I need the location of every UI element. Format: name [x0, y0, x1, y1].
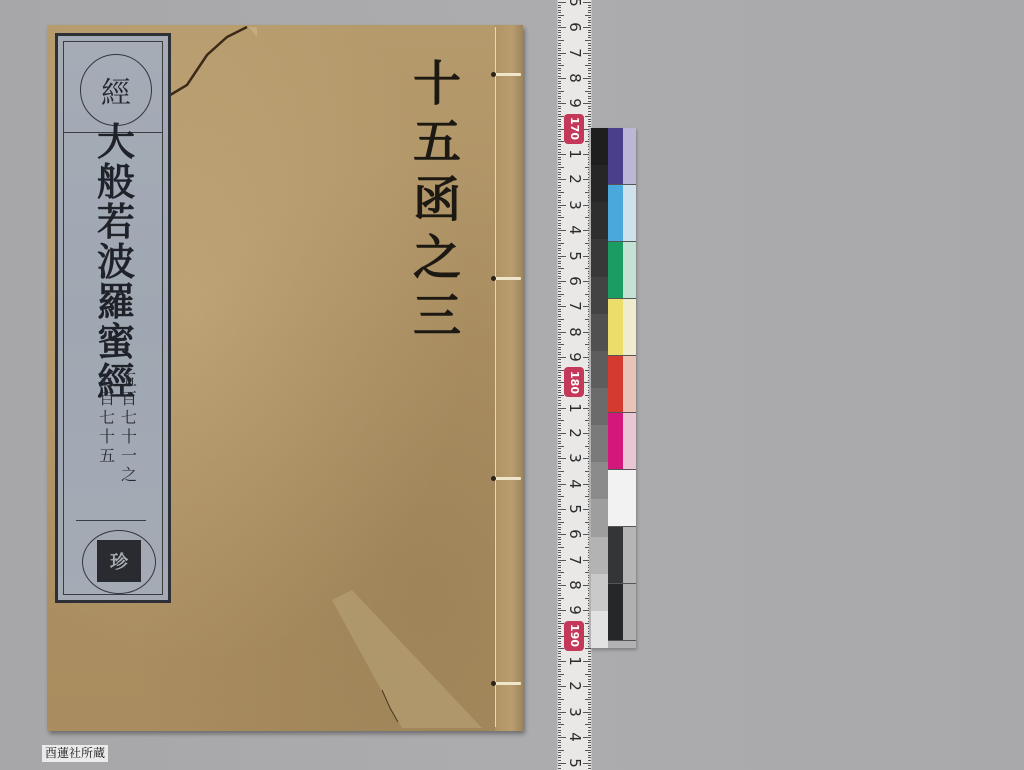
ruler-digit: 5 — [566, 247, 584, 265]
ruler-tick — [558, 752, 561, 753]
ruler-tick — [558, 410, 561, 411]
ruler-tick — [558, 68, 561, 69]
ruler-tick — [588, 689, 591, 690]
ruler-tick — [585, 750, 591, 751]
volume-char: 五 — [98, 370, 116, 389]
ruler-tick — [558, 88, 561, 89]
ruler-tick — [558, 291, 561, 292]
ruler-tick — [558, 134, 561, 135]
ruler-tick — [558, 55, 561, 56]
volume-char: 一 — [120, 446, 138, 465]
ruler-tick — [588, 101, 591, 102]
ruler-tick — [558, 121, 561, 122]
ruler-digit: 9 — [566, 348, 584, 366]
ruler-tick — [558, 443, 561, 444]
color-swatch — [623, 470, 636, 527]
ruler-tick — [558, 441, 561, 442]
ruler-tick — [558, 666, 561, 667]
handwritten-char: 之 — [402, 229, 472, 287]
tint-color-strip — [623, 128, 636, 641]
ruler-tick — [558, 45, 561, 46]
ruler-tick — [588, 93, 591, 94]
ruler-tick — [558, 742, 561, 743]
ruler-tick — [558, 595, 561, 596]
ruler-tick — [558, 271, 561, 272]
ruler-tick — [558, 501, 561, 502]
ruler-tick — [588, 63, 591, 64]
ruler-tick — [558, 476, 561, 477]
ruler-tick — [558, 238, 561, 239]
ruler-tick — [558, 344, 564, 345]
volume-char: 五 — [120, 370, 138, 389]
ruler-tick — [558, 605, 561, 606]
ruler-tick — [588, 119, 591, 120]
ruler-tick — [558, 610, 566, 611]
ruler-tick — [558, 43, 561, 44]
color-swatch — [608, 356, 623, 413]
ruler-tick — [558, 263, 561, 264]
ruler-tick — [558, 603, 561, 604]
ruler-tick — [588, 747, 591, 748]
ruler-tick — [558, 423, 561, 424]
ruler-tick — [558, 418, 561, 419]
ruler-tick — [558, 65, 564, 66]
ruler-tick — [558, 86, 561, 87]
ruler-tick — [558, 159, 561, 160]
ruler-tick — [558, 253, 561, 254]
ruler-tick — [558, 732, 561, 733]
ruler-tick — [558, 108, 561, 109]
ruler-tick — [585, 724, 591, 725]
ruler-tick — [588, 704, 591, 705]
ruler-tick — [585, 648, 591, 649]
ruler-tick — [588, 25, 591, 26]
ruler-tick — [558, 22, 561, 23]
ruler-tick — [558, 435, 561, 436]
ruler-tick — [558, 403, 561, 404]
ruler-tick — [558, 334, 561, 335]
ruler-tick — [558, 400, 561, 401]
seal-char: 珍 — [110, 548, 128, 574]
ruler-tick — [558, 504, 561, 505]
ruler-tick — [558, 5, 561, 6]
ruler-tick — [558, 598, 564, 599]
ruler-tick — [558, 466, 561, 467]
title-char: 蜜 — [94, 322, 138, 362]
ruler-tick — [558, 316, 561, 317]
ruler-tick — [558, 626, 561, 627]
ruler-tick — [558, 126, 561, 127]
ruler-tick — [558, 534, 566, 535]
color-swatch — [608, 413, 623, 470]
ruler-tick — [558, 712, 566, 713]
ruler-tick — [558, 375, 561, 376]
ruler-tick — [588, 760, 591, 761]
color-swatch — [608, 470, 623, 527]
color-swatch — [623, 413, 636, 470]
ruler-tick — [588, 717, 591, 718]
ruler-tick — [588, 5, 591, 6]
ruler-tick — [558, 679, 561, 680]
ruler-tick — [588, 60, 591, 61]
ruler-tick — [558, 557, 561, 558]
ruler-tick — [558, 681, 561, 682]
ruler-tick — [558, 392, 561, 393]
ruler-tick — [588, 681, 591, 682]
title-char: 大 — [94, 122, 138, 162]
ruler-tick — [588, 755, 591, 756]
ruler-tick — [558, 245, 561, 246]
ruler-tick — [558, 765, 561, 766]
ruler-tick — [558, 174, 561, 175]
category-char: 經 — [101, 68, 131, 112]
ruler-tick — [558, 692, 561, 693]
ruler-tick — [558, 261, 561, 262]
ruler-tick — [558, 618, 561, 619]
ruler-tick — [558, 367, 561, 368]
ruler-tick — [558, 669, 561, 670]
ruler-tick — [558, 83, 561, 84]
ruler-tick — [558, 169, 561, 170]
ruler-tick — [583, 712, 591, 713]
ruler-tick — [558, 446, 564, 447]
ruler-tick — [588, 30, 591, 31]
ruler-tick — [558, 319, 564, 320]
ruler-tick — [558, 70, 561, 71]
ruler-digit: 1 — [566, 145, 584, 163]
ruler-tick — [558, 111, 561, 112]
ruler-tick — [558, 192, 564, 193]
color-calibration-chart — [589, 128, 636, 648]
ruler-tick — [558, 258, 561, 259]
ruler-tick — [558, 387, 561, 388]
ruler-tick — [588, 671, 591, 672]
ruler-tick — [588, 83, 591, 84]
ruler-tick — [558, 651, 561, 652]
color-swatch — [623, 128, 636, 185]
ruler-tick — [558, 707, 561, 708]
ruler-tick — [558, 724, 564, 725]
ruler-tick — [558, 514, 561, 515]
ruler-tick — [558, 76, 561, 77]
ruler-tick — [558, 304, 561, 305]
ruler-tick — [588, 757, 591, 758]
sutra-title: 大 般 若 波 羅 蜜 經 — [94, 122, 138, 402]
color-swatch — [608, 185, 623, 242]
ruler-tick — [558, 40, 564, 41]
ruler-tick — [558, 722, 561, 723]
ruler-tick — [588, 666, 591, 667]
ruler-tick — [585, 65, 591, 66]
ruler-tick — [558, 15, 564, 16]
ruler-tick — [588, 70, 591, 71]
ruler-tick — [558, 256, 566, 257]
volume-char: 十 — [120, 427, 138, 446]
ruler-tick — [588, 684, 591, 685]
ruler-tick — [558, 35, 561, 36]
ruler-tick — [558, 172, 561, 173]
ruler-tick — [558, 321, 561, 322]
ruler-tick — [558, 106, 561, 107]
ruler-tick — [558, 471, 564, 472]
ruler-tick — [558, 114, 561, 115]
ruler-tick — [558, 37, 561, 38]
ruler-tick — [558, 248, 561, 249]
seal-stamp: 珍 — [97, 540, 141, 582]
ruler-tick — [558, 588, 561, 589]
grayscale-strip — [591, 128, 608, 648]
title-char: 若 — [94, 202, 138, 242]
ruler-digit: 2 — [566, 677, 584, 695]
ruler-tick — [558, 359, 561, 360]
ruler-tick — [558, 164, 561, 165]
gray-step — [591, 277, 608, 314]
ruler-tick — [588, 656, 591, 657]
ruler-tick — [558, 347, 561, 348]
ruler-tick — [558, 397, 561, 398]
ruler-tick — [558, 202, 561, 203]
ruler-digit: 8 — [566, 69, 584, 87]
ruler-tick — [558, 286, 561, 287]
ruler-tick — [558, 643, 561, 644]
ruler-tick — [558, 506, 561, 507]
ruler-tick — [588, 659, 591, 660]
ruler-tick — [588, 111, 591, 112]
ruler-tick — [588, 58, 591, 59]
title-char: 波 — [94, 242, 138, 282]
volume-char: 十 — [98, 427, 116, 446]
binding-stitch — [493, 477, 521, 480]
ruler-tick — [588, 727, 591, 728]
ruler-tick — [558, 10, 561, 11]
ruler-tick — [583, 27, 591, 28]
ruler-digit: 3 — [566, 196, 584, 214]
ruler-tick — [588, 768, 591, 769]
ruler-tick — [558, 585, 566, 586]
ruler-tick — [558, 12, 561, 13]
volume-char: 五 — [98, 446, 116, 465]
ruler-tick — [558, 458, 566, 459]
ruler-tick — [588, 676, 591, 677]
ruler-tick — [588, 732, 591, 733]
ruler-tick — [558, 768, 561, 769]
ruler-tick — [558, 141, 564, 142]
ruler-tick — [585, 699, 591, 700]
ruler-tick — [558, 205, 566, 206]
ruler-tick — [588, 735, 591, 736]
ruler-tick — [558, 479, 561, 480]
ruler-tick — [588, 714, 591, 715]
ruler-cm-badge: 180 — [564, 367, 584, 397]
ruler-tick — [558, 699, 564, 700]
gray-step — [591, 388, 608, 425]
ruler-tick — [558, 757, 561, 758]
title-char: 羅 — [94, 282, 138, 322]
ruler-tick — [558, 760, 561, 761]
ruler-tick — [558, 349, 561, 350]
ruler-tick — [558, 659, 561, 660]
ruler-tick — [558, 240, 561, 241]
ruler-tick — [558, 638, 561, 639]
ruler-tick — [558, 686, 566, 687]
ruler-tick — [558, 567, 561, 568]
ruler-cm-badge: 170 — [564, 114, 584, 144]
ruler-tick — [558, 215, 561, 216]
ruler-tick — [558, 268, 564, 269]
ruler-tick — [558, 30, 561, 31]
handwritten-char: 三 — [402, 287, 472, 345]
ruler-tick — [558, 560, 566, 561]
ruler-tick — [558, 615, 561, 616]
ruler-tick — [588, 35, 591, 36]
ruler-tick — [558, 694, 561, 695]
ruler-tick — [558, 324, 561, 325]
ruler-tick — [558, 570, 561, 571]
ruler-tick — [558, 529, 561, 530]
ruler-tick — [558, 380, 561, 381]
ruler-tick — [558, 684, 561, 685]
ruler-tick — [558, 243, 564, 244]
ruler-tick — [558, 633, 561, 634]
ruler-tick — [558, 281, 566, 282]
ruler-tick — [558, 32, 561, 33]
ruler-tick — [558, 225, 561, 226]
ruler-tick — [558, 562, 561, 563]
ruler-tick — [588, 707, 591, 708]
ruler-tick — [558, 613, 561, 614]
ruler-tick — [585, 15, 591, 16]
ruler-tick — [558, 362, 561, 363]
gray-step — [591, 128, 608, 165]
ruler-digit: 5 — [566, 500, 584, 518]
color-swatch — [623, 584, 636, 641]
ruler-tick — [558, 162, 561, 163]
ruler-tick — [558, 299, 561, 300]
ruler-tick — [588, 719, 591, 720]
ruler-tick — [558, 451, 561, 452]
ruler-tick — [558, 342, 561, 343]
volume-char: 百 — [98, 389, 116, 408]
ruler-tick — [588, 108, 591, 109]
ruler-tick — [558, 405, 561, 406]
ruler-tick — [558, 185, 561, 186]
ruler-tick — [558, 565, 561, 566]
ruler-tick — [558, 509, 566, 510]
color-swatch — [623, 356, 636, 413]
gray-step — [591, 165, 608, 202]
binding-stitch — [493, 277, 521, 280]
ruler-digit: 7 — [566, 551, 584, 569]
ruler-tick — [558, 547, 564, 548]
ruler-tick — [558, 179, 566, 180]
ruler-digit: 9 — [566, 601, 584, 619]
ruler-tick — [558, 671, 561, 672]
ruler-tick — [558, 481, 561, 482]
ruler-tick — [558, 152, 561, 153]
ruler-tick — [558, 719, 561, 720]
ruler-tick — [558, 408, 566, 409]
ruler-tick — [558, 329, 561, 330]
ruler-tick — [588, 692, 591, 693]
book-cover: 經 大 般 若 波 羅 蜜 經 五 百 七 十 一 之 五 百 — [47, 25, 523, 731]
folded-corner — [332, 590, 492, 730]
ruler-tick — [558, 103, 566, 104]
ruler-digit: 1 — [566, 652, 584, 670]
ruler-tick — [558, 50, 561, 51]
ruler-tick — [558, 306, 566, 307]
ruler-tick — [588, 679, 591, 680]
ruler-tick — [558, 420, 564, 421]
ruler-tick — [558, 697, 561, 698]
volume-range-start: 五 百 七 十 一 之 — [120, 370, 138, 484]
ruler-tick — [558, 339, 561, 340]
ruler-digit: 6 — [566, 272, 584, 290]
ruler-tick — [558, 96, 561, 97]
ruler-tick — [558, 309, 561, 310]
ruler-tick — [558, 7, 561, 8]
ruler-tick — [558, 27, 566, 28]
gray-step — [591, 314, 608, 351]
ruler-tick — [558, 283, 561, 284]
ruler-tick — [588, 697, 591, 698]
ruler-digit: 4 — [566, 475, 584, 493]
ruler-tick — [588, 664, 591, 665]
ruler-tick — [558, 212, 561, 213]
ruler-tick — [558, 78, 566, 79]
ruler-tick — [558, 390, 561, 391]
ruler-tick — [558, 266, 561, 267]
ruler-tick — [558, 119, 561, 120]
ruler-tick — [558, 600, 561, 601]
color-swatch — [608, 299, 623, 356]
ruler-tick — [583, 686, 591, 687]
ruler-tick — [558, 463, 561, 464]
volume-char: 百 — [120, 389, 138, 408]
color-swatch — [608, 128, 623, 185]
ruler-digit: 4 — [566, 728, 584, 746]
ruler-tick — [558, 438, 561, 439]
ruler-tick — [558, 2, 566, 3]
ruler-tick — [558, 519, 561, 520]
ruler-tick — [588, 76, 591, 77]
ruler-tick — [558, 717, 561, 718]
ruler-tick — [588, 730, 591, 731]
ruler-tick — [558, 656, 561, 657]
ruler-tick — [558, 136, 561, 137]
ruler-tick — [588, 709, 591, 710]
ruler-tick — [558, 190, 561, 191]
ruler-tick — [588, 121, 591, 122]
ruler-tick — [558, 714, 561, 715]
ruler-digit: 1 — [566, 399, 584, 417]
ruler-tick — [558, 413, 561, 414]
ruler-tick — [558, 527, 561, 528]
ruler-tick — [558, 197, 561, 198]
ruler-digit: 7 — [566, 44, 584, 62]
handwritten-case-label: 十 五 函 之 三 — [402, 55, 472, 345]
ruler-tick — [558, 187, 561, 188]
volume-range-end: 五 百 七 十 五 — [98, 370, 116, 465]
ruler-tick — [558, 167, 564, 168]
ruler-tick — [588, 752, 591, 753]
ruler-tick — [583, 737, 591, 738]
ruler-tick — [558, 524, 561, 525]
ruler-tick — [558, 296, 561, 297]
ruler-tick — [558, 575, 561, 576]
color-swatch — [623, 527, 636, 584]
color-swatch — [623, 299, 636, 356]
ruler-tick — [558, 552, 561, 553]
